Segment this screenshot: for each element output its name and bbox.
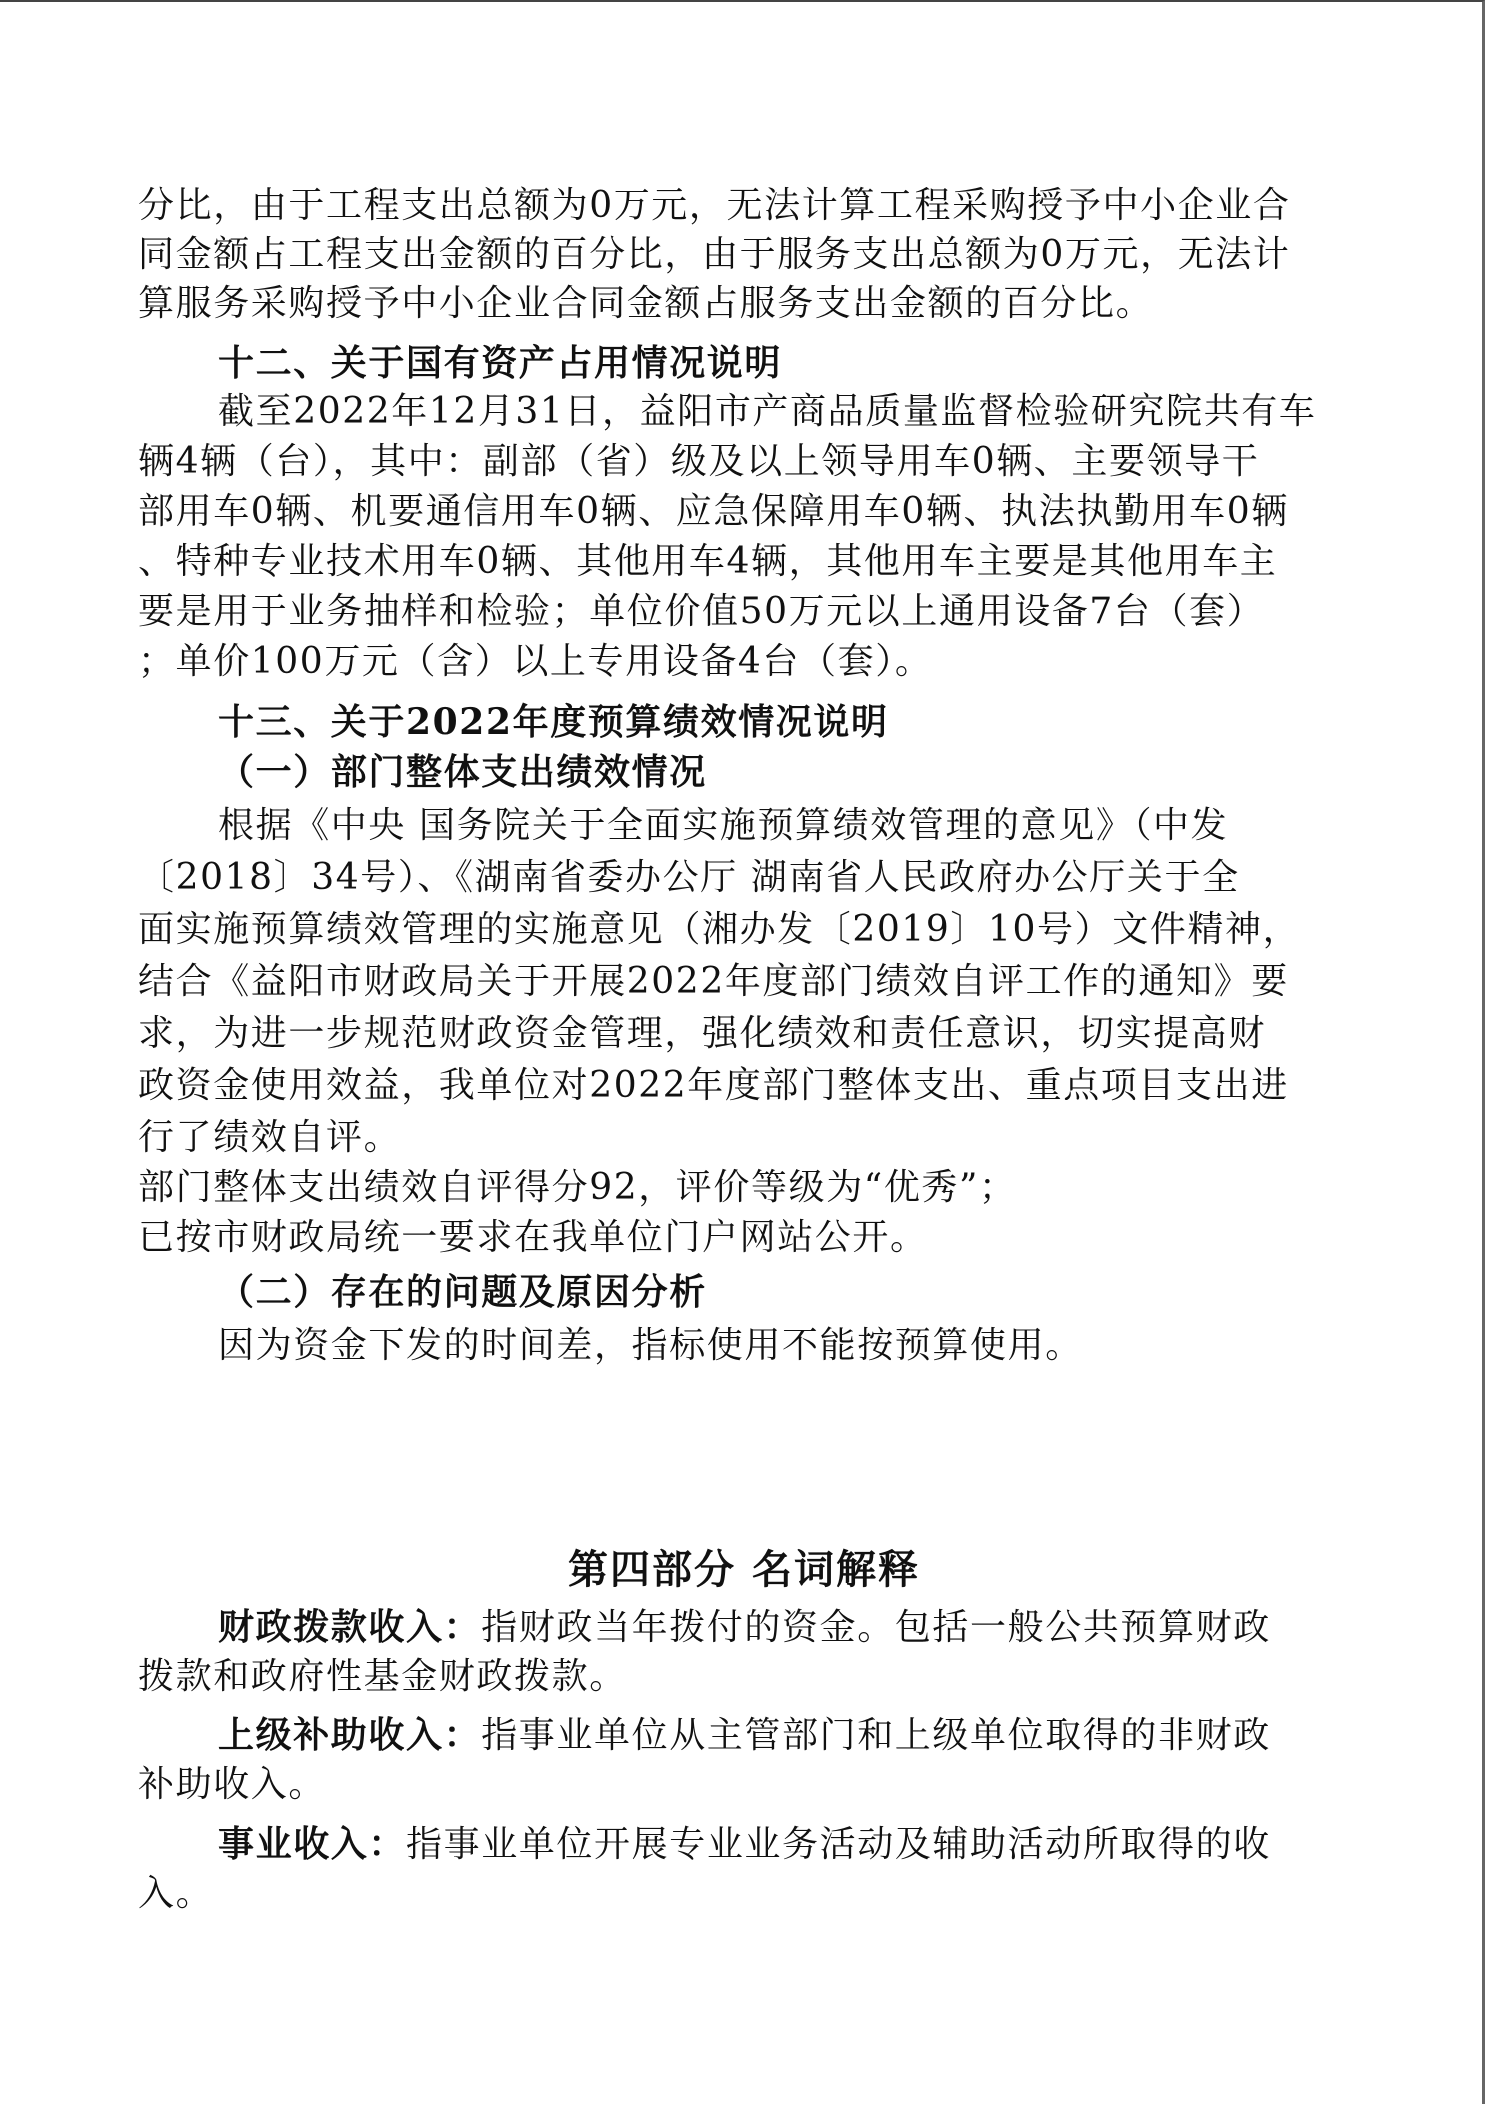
paragraph-line: 因为资金下发的时间差，指标使用不能按预算使用。 [218, 1322, 1438, 1370]
subsection-heading-2: （二）存在的问题及原因分析 [218, 1268, 1438, 1316]
term-definition: 财政拨款收入：指财政当年拨付的资金。包括一般公共预算财政 [218, 1603, 1438, 1652]
paragraph-line: 、特种专业技术用车0辆、其他用车4辆，其他用车主要是其他用车主 [138, 538, 1358, 586]
paragraph-line: 分比，由于工程支出总额为0万元，无法计算工程采购授予中小企业合 [138, 182, 1358, 230]
term-label: 财政拨款收入： [218, 1606, 481, 1648]
paragraph-line: 〔2018〕34号）、《湖南省委办公厅 湖南省人民政府办公厅关于全 [138, 854, 1358, 902]
paragraph-line: 求，为进一步规范财政资金管理，强化绩效和责任意识，切实提高财 [138, 1010, 1358, 1058]
paragraph-line: 辆4辆（台），其中：副部（省）级及以上领导用车0辆、主要领导干 [138, 438, 1358, 486]
term-text: 指财政当年拨付的资金。包括一般公共预算财政 [481, 1607, 1271, 1648]
paragraph-line: 算服务采购授予中小企业合同金额占服务支出金额的百分比。 [138, 280, 1358, 328]
subsection-heading-1: （一）部门整体支出绩效情况 [218, 748, 1438, 796]
paragraph-line: 要是用于业务抽样和检验；单位价值50万元以上通用设备7台（套） [138, 588, 1358, 636]
term-definition-continued: 补助收入。 [138, 1761, 1358, 1809]
paragraph-line: 政资金使用效益，我单位对2022年度部门整体支出、重点项目支出进 [138, 1062, 1358, 1110]
section-heading-12: 十二、关于国有资产占用情况说明 [218, 339, 1438, 387]
term-definition: 事业收入：指事业单位开展专业业务活动及辅助活动所取得的收 [218, 1820, 1438, 1869]
paragraph-line: ；单价100万元（含）以上专用设备4台（套）。 [138, 638, 1358, 686]
paragraph-line: 结合《益阳市财政局关于开展2022年度部门绩效自评工作的通知》要 [138, 958, 1358, 1006]
part-title: 第四部分 名词解释 [0, 1542, 1488, 1598]
paragraph-line: 同金额占工程支出金额的百分比，由于服务支出总额为0万元，无法计 [138, 231, 1358, 279]
term-definition: 上级补助收入：指事业单位从主管部门和上级单位取得的非财政 [218, 1711, 1438, 1760]
paragraph-line: 截至2022年12月31日，益阳市产商品质量监督检验研究院共有车 [218, 388, 1438, 436]
document-page: 分比，由于工程支出总额为0万元，无法计算工程采购授予中小企业合 同金额占工程支出… [0, 0, 1485, 2104]
paragraph-line: 面实施预算绩效管理的实施意见（湘办发〔2019〕10号）文件精神， [138, 906, 1358, 954]
term-definition-continued: 入。 [138, 1870, 1358, 1918]
term-text: 指事业单位从主管部门和上级单位取得的非财政 [481, 1715, 1271, 1756]
paragraph-line: 部用车0辆、机要通信用车0辆、应急保障用车0辆、执法执勤用车0辆 [138, 488, 1358, 536]
section-heading-13: 十三、关于2022年度预算绩效情况说明 [218, 698, 1438, 746]
term-definition-continued: 拨款和政府性基金财政拨款。 [138, 1653, 1358, 1701]
term-label: 上级补助收入： [218, 1714, 481, 1756]
score-line: 部门整体支出绩效自评得分92，评价等级为“优秀”； [138, 1164, 1358, 1212]
paragraph-line: 行了绩效自评。 [138, 1114, 1358, 1162]
publish-line: 已按市财政局统一要求在我单位门户网站公开。 [138, 1214, 1358, 1262]
paragraph-line: 根据《中央 国务院关于全面实施预算绩效管理的意见》（中发 [218, 802, 1438, 850]
term-text: 指事业单位开展专业业务活动及辅助活动所取得的收 [406, 1824, 1271, 1865]
term-label: 事业收入： [218, 1823, 406, 1865]
